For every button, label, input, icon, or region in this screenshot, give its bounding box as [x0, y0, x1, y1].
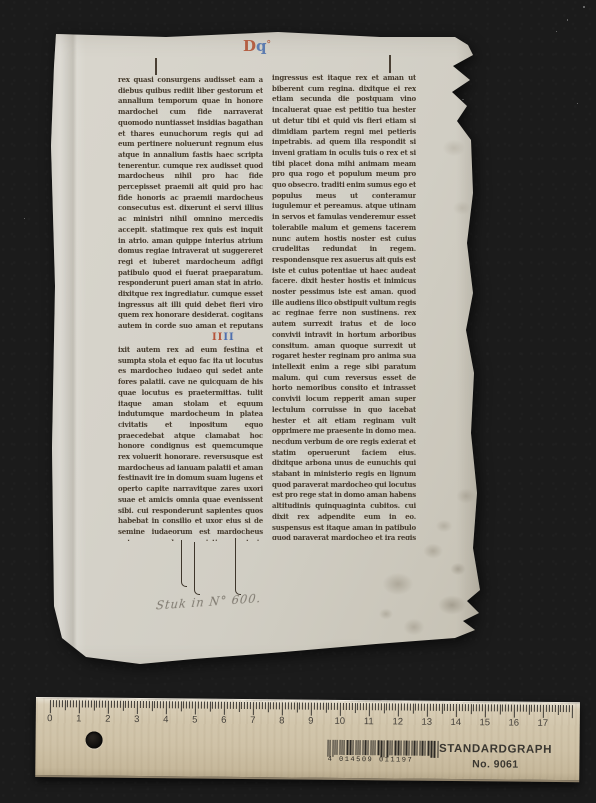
- ruler-tick: [540, 705, 541, 712]
- ruler-number: 16: [507, 718, 521, 729]
- barcode-bar: [405, 741, 407, 756]
- ruler-tick: [114, 701, 115, 708]
- ruler-tick: [557, 705, 558, 715]
- ruler-tick: [421, 704, 422, 711]
- barcode-digits: 4 014509 011197: [323, 756, 417, 765]
- ruler-tick: [357, 703, 358, 710]
- ruler-number: 10: [333, 716, 347, 727]
- ruler-number: 1: [72, 713, 86, 724]
- ruler-tick: [473, 704, 474, 711]
- dust-speck: [577, 103, 578, 104]
- manuscript-leaf: Dq° rex quasi consurgens audisset eam a …: [46, 28, 490, 674]
- ruler-tick: [467, 704, 468, 711]
- ruler-tick: [572, 705, 573, 718]
- barcode-bar: [359, 740, 360, 755]
- barcode-bar: [336, 740, 337, 755]
- ruler-tick: [508, 705, 509, 712]
- ruler-tick: [195, 702, 196, 715]
- ruler-tick: [494, 704, 495, 711]
- ruler-tick: [366, 703, 367, 710]
- ruler-tick: [314, 703, 315, 710]
- ruler-tick: [212, 702, 213, 709]
- ruler-tick: [525, 705, 526, 712]
- ruler-number: 13: [420, 717, 434, 728]
- ruler-tick: [331, 703, 332, 710]
- ruler-tick: [137, 701, 138, 714]
- ruler-number: 0: [43, 713, 57, 724]
- ruler-tick: [180, 701, 181, 711]
- ruler-tick: [305, 703, 306, 710]
- ruler-tick: [59, 700, 60, 707]
- dust-speck: [556, 31, 557, 32]
- ruler-tick: [282, 702, 283, 715]
- ruler-tick: [143, 701, 144, 708]
- ruler-tick: [91, 701, 92, 708]
- text-part2-body: ixit autem rex ad eum festina et sumpta …: [118, 345, 263, 541]
- ruler-number: 8: [275, 715, 289, 726]
- ruler-tick: [456, 704, 457, 717]
- ruler-tick: [163, 701, 164, 708]
- ruler-tick: [441, 704, 442, 714]
- ruler-tick: [273, 702, 274, 709]
- barcode-bar: [357, 740, 358, 755]
- ruler-tick: [465, 704, 466, 711]
- chapter-numeral-blue: II: [223, 332, 234, 343]
- ruler-number: 11: [362, 716, 376, 727]
- chapter-numeral-red: II: [212, 332, 223, 343]
- ruler-tick: [363, 703, 364, 710]
- ruler-number: 17: [536, 718, 550, 729]
- ruler-tick: [328, 703, 329, 710]
- ruler-tick: [389, 703, 390, 710]
- ruler-tick: [256, 702, 257, 709]
- ruler-tick: [499, 704, 500, 714]
- ruler-tick: [279, 702, 280, 709]
- ruler-tick: [378, 703, 379, 710]
- ruler-tick: [201, 702, 202, 709]
- ruler-tick: [125, 701, 126, 708]
- ruler-tick: [198, 702, 199, 709]
- text-column-left-part2: Dixit autem rex ad eum festina et sumpta…: [118, 345, 263, 541]
- ruler-tick: [299, 703, 300, 710]
- ruler-tick: [238, 702, 239, 712]
- text-column-left-part1: rex quasi consurgens audisset eam a dieb…: [118, 75, 263, 333]
- ruler-tick: [154, 701, 155, 708]
- barcode-bar: [389, 740, 390, 755]
- ruler-tick: [520, 705, 521, 712]
- ruler-tick: [288, 702, 289, 709]
- ruler-tick: [157, 701, 158, 708]
- ruler-tick: [70, 700, 71, 707]
- ruler-tick: [311, 703, 312, 716]
- ruler-number: 12: [391, 716, 405, 727]
- barcode-bar: [332, 740, 333, 757]
- ruler-tick: [267, 702, 268, 712]
- ruler-tick: [543, 705, 544, 718]
- ruler-brand-label: STANDARDGRAPH: [417, 743, 573, 756]
- barcode-bar: [413, 741, 415, 756]
- ruler-tick: [122, 701, 123, 711]
- barcode-bar: [411, 741, 412, 756]
- ruler-tick: [105, 701, 106, 708]
- ruler-tick: [534, 705, 535, 712]
- ruler-tick: [528, 705, 529, 715]
- ruler-tick: [247, 702, 248, 709]
- ruler-tick: [322, 703, 323, 710]
- ruler-tick: [427, 704, 428, 717]
- barcode-bar: [400, 741, 401, 756]
- ruler-tick: [73, 700, 74, 707]
- ruler-tick: [340, 703, 341, 716]
- barcode-bar: [343, 740, 344, 755]
- ruler-tick: [259, 702, 260, 709]
- barcode-bar: [362, 740, 363, 755]
- barcode-bar: [364, 740, 366, 755]
- ruler-tick: [62, 700, 63, 707]
- ruler-tick: [302, 703, 303, 710]
- ruler-tick: [270, 702, 271, 709]
- ruler-tick: [459, 704, 460, 711]
- ruler-tick: [102, 701, 103, 708]
- ruler-hole: [86, 731, 103, 748]
- parchment: [46, 28, 490, 674]
- ruler-tick: [424, 704, 425, 711]
- ruler-number: 2: [101, 714, 115, 725]
- ruler-tick: [491, 704, 492, 711]
- ruler-tick: [470, 704, 471, 714]
- ruler-tick: [293, 702, 294, 709]
- ruler-tick: [264, 702, 265, 709]
- ruler-tick: [192, 701, 193, 708]
- barcode-bar: [374, 740, 375, 755]
- barcode-bar: [372, 740, 373, 755]
- ruler-tick: [221, 702, 222, 709]
- ruler-tick: [76, 700, 77, 707]
- ruler-tick: [108, 701, 109, 714]
- ruler-tick: [79, 700, 80, 713]
- ruler-tick: [241, 702, 242, 709]
- ruler-number: 4: [159, 714, 173, 725]
- ruler-tick: [131, 701, 132, 708]
- ruler-tick: [291, 702, 292, 709]
- ruler-tick: [134, 701, 135, 708]
- ruler-tick: [383, 703, 384, 713]
- barcode-bar: [355, 740, 356, 755]
- ruler-tick: [128, 701, 129, 708]
- ruler-tick: [482, 704, 483, 711]
- ruler-tick: [209, 702, 210, 712]
- ruler-tick: [369, 703, 370, 716]
- ruler-tick: [169, 701, 170, 708]
- ruler-tick: [502, 704, 503, 711]
- descender-stroke: [194, 542, 200, 595]
- barcode-bar: [394, 740, 396, 755]
- ruler-tick: [119, 701, 120, 708]
- ruler-tick: [285, 702, 286, 709]
- ascender-stroke: [389, 55, 391, 73]
- ruler-tick: [349, 703, 350, 710]
- ruler-tick: [505, 705, 506, 712]
- ruler-tick: [444, 704, 445, 711]
- ruler-tick: [566, 705, 567, 712]
- ruler-tick: [360, 703, 361, 710]
- ruler-tick: [96, 701, 97, 708]
- ruler-tick: [354, 703, 355, 713]
- barcode-bar: [377, 740, 379, 755]
- text-column-right: ingressus est itaque rex et aman ut bibe…: [272, 73, 416, 540]
- ruler-tick: [531, 705, 532, 712]
- ruler-tick: [262, 702, 263, 709]
- barcode-bar: [352, 740, 353, 755]
- descender-stroke: [235, 538, 241, 595]
- chapter-numeral: IIII: [212, 332, 235, 343]
- barcode-bar: [327, 740, 328, 757]
- ruler-tick: [386, 703, 387, 710]
- ruler-tick: [250, 702, 251, 709]
- ruler-tick: [351, 703, 352, 710]
- ruler-tick: [99, 701, 100, 708]
- ruler-tick: [375, 703, 376, 710]
- ruler-tick: [186, 701, 187, 708]
- ruler-tick: [227, 702, 228, 709]
- ruler-tick: [537, 705, 538, 712]
- ruler-tick: [412, 704, 413, 714]
- ruler-tick: [404, 704, 405, 711]
- ruler-tick: [206, 702, 207, 709]
- dust-speck: [24, 218, 25, 219]
- ruler-tick: [117, 701, 118, 708]
- descender-stroke: [181, 540, 187, 587]
- ruler-tick: [546, 705, 547, 712]
- ruler-tick: [233, 702, 234, 709]
- ruler-tick: [433, 704, 434, 711]
- dust-speck: [583, 6, 585, 8]
- barcode-bar: [386, 740, 388, 757]
- barcode-bar: [334, 740, 335, 755]
- ruler-tick: [189, 701, 190, 708]
- barcode-bar: [403, 741, 404, 756]
- ruler-number: 6: [217, 715, 231, 726]
- dust-speck: [567, 19, 568, 21]
- running-header-mark: Dq°: [243, 38, 271, 54]
- ruler-tick: [415, 704, 416, 711]
- ruler-tick: [514, 705, 515, 718]
- ruler-tick: [337, 703, 338, 710]
- barcode-bar: [329, 740, 330, 757]
- ruler-tick: [549, 705, 550, 712]
- header-letter-red: D: [243, 37, 256, 55]
- ruler-tick: [244, 702, 245, 709]
- ruler-tick: [160, 701, 161, 708]
- ruler-tick: [462, 704, 463, 711]
- ruler-number: 14: [449, 717, 463, 728]
- ruler-tick: [409, 704, 410, 711]
- ruler-tick: [436, 704, 437, 711]
- ruler-tick: [523, 705, 524, 712]
- ruler-tick: [215, 702, 216, 709]
- barcode-bar: [349, 740, 351, 755]
- ruler-tick: [569, 705, 570, 712]
- ruler-tick: [418, 704, 419, 711]
- ruler-tick: [334, 703, 335, 710]
- ruler-tick: [82, 700, 83, 707]
- ruler-tick: [224, 702, 225, 715]
- ruler-tick: [476, 704, 477, 711]
- barcode-bar: [370, 740, 371, 755]
- ruler-number: 5: [188, 714, 202, 725]
- ruler-tick: [50, 700, 51, 713]
- ruler-tick: [296, 703, 297, 713]
- header-letter-blue: q: [256, 37, 267, 55]
- header-dot: °: [267, 40, 272, 50]
- ruler-tick: [343, 703, 344, 710]
- barcode-bar: [341, 740, 342, 755]
- barcode-bar: [380, 740, 382, 757]
- ruler-tick: [346, 703, 347, 710]
- ruler-tick: [430, 704, 431, 711]
- ruler-tick: [517, 705, 518, 712]
- ruler-tick: [111, 701, 112, 708]
- ascender-stroke: [155, 58, 157, 75]
- ruler-tick: [552, 705, 553, 712]
- ruler-tick: [93, 701, 94, 711]
- ruler-tick: [85, 700, 86, 707]
- ruler-tick: [218, 702, 219, 709]
- ruler-tick: [563, 705, 564, 712]
- barcode-bar: [391, 740, 392, 755]
- ruler-tick: [485, 704, 486, 717]
- barcode-bar: [397, 740, 399, 755]
- ruler-tick: [183, 701, 184, 708]
- ruler-tick: [235, 702, 236, 709]
- ruler-tick: [151, 701, 152, 711]
- ruler-tick: [450, 704, 451, 711]
- ruler-tick: [325, 703, 326, 713]
- ruler-number: 9: [304, 716, 318, 727]
- ruler-number: 15: [478, 717, 492, 728]
- barcode-bar: [383, 740, 384, 757]
- ruler-tick: [175, 701, 176, 708]
- barcode-bar: [408, 741, 409, 756]
- ruler-ticks: [36, 698, 580, 703]
- ruler-tick: [401, 704, 402, 711]
- ruler-tick: [453, 704, 454, 711]
- ruler-tick: [140, 701, 141, 708]
- ruler-tick: [447, 704, 448, 711]
- ruler-tick: [67, 700, 68, 707]
- ruler-tick: [511, 705, 512, 712]
- ruler-tick: [172, 701, 173, 708]
- ruler-number: 3: [130, 714, 144, 725]
- ruler-tick: [56, 700, 57, 707]
- ruler-tick: [204, 702, 205, 709]
- ruler-number: 7: [246, 715, 260, 726]
- ruler-tick: [64, 700, 65, 710]
- ruler-tick: [380, 703, 381, 710]
- ruler-tick: [554, 705, 555, 712]
- ruler-tick: [496, 704, 497, 711]
- ruler-tick: [253, 702, 254, 715]
- barcode-bar: [367, 740, 368, 755]
- ruler-tick: [53, 700, 54, 707]
- ruler-tick: [166, 701, 167, 714]
- ruler-tick: [372, 703, 373, 710]
- ruler-tick: [560, 705, 561, 712]
- ruler-tick: [276, 702, 277, 709]
- ruler-tick: [148, 701, 149, 708]
- ruler-tick: [88, 700, 89, 707]
- ruler-tick: [320, 703, 321, 710]
- ruler-tick: [308, 703, 309, 710]
- ruler-tick: [146, 701, 147, 708]
- ruler-tick: [398, 703, 399, 716]
- ruler-tick: [395, 703, 396, 710]
- barcode-bar: [339, 740, 340, 755]
- barcode-bar: [346, 740, 348, 755]
- ruler-tick: [177, 701, 178, 708]
- ruler: 01234567891011121314151617 4 014509 0111…: [35, 697, 580, 782]
- ruler-tick: [479, 704, 480, 711]
- ruler-tick: [438, 704, 439, 711]
- ruler-tick: [488, 704, 489, 711]
- ruler-tick: [407, 704, 408, 711]
- ruler-tick: [230, 702, 231, 709]
- ruler-tick: [392, 703, 393, 710]
- ruler-model-label: No. 9061: [417, 758, 573, 771]
- ruler-tick: [317, 703, 318, 710]
